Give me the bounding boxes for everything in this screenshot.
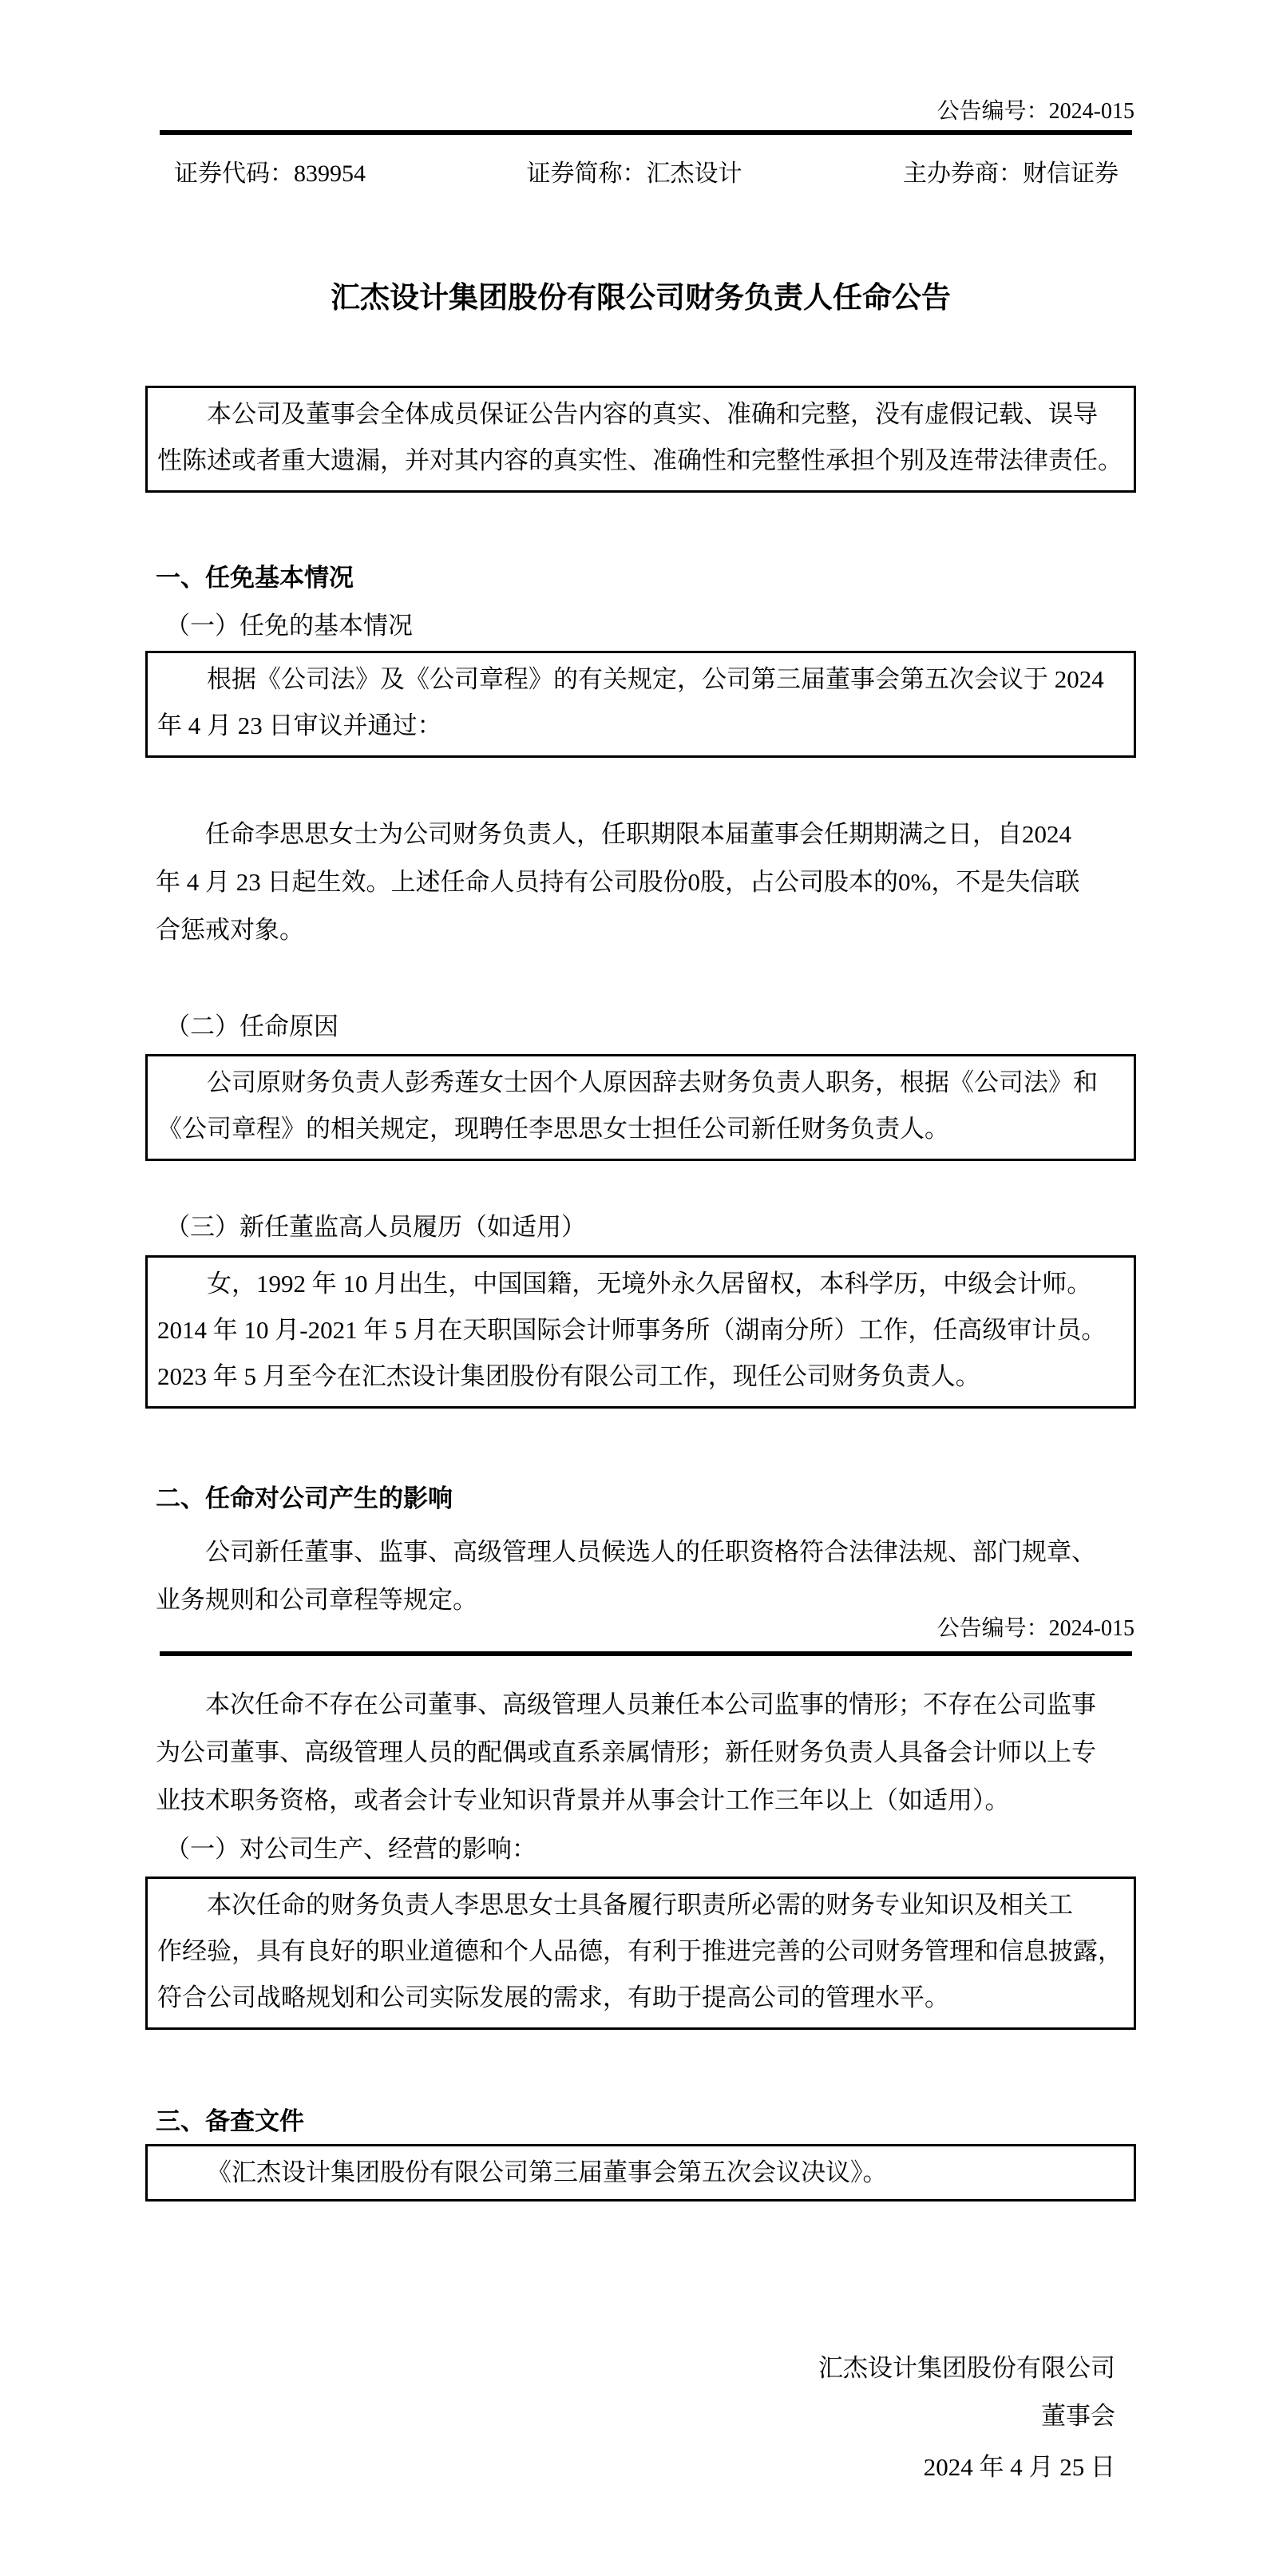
- impact-line-3: 符合公司战略规划和公司实际发展的需求，有助于提高公司的管理水平。: [157, 1975, 1124, 2021]
- section-1-heading: 一、任免基本情况: [156, 561, 1136, 596]
- section-2-heading: 二、任命对公司产生的影响: [156, 1481, 1136, 1516]
- top-divider-line: [160, 130, 1132, 135]
- announcement-number: 公告编号：2024-015: [145, 96, 1136, 128]
- compliance-paragraph: 本次任命不存在公司董事、高级管理人员兼任本公司监事的情形；不存在公司监事 为公司…: [156, 1681, 1136, 1825]
- compliance-line-1: 本次任命不存在公司董事、高级管理人员兼任本公司监事的情形；不存在公司监事: [156, 1681, 1136, 1729]
- commitment-line-2: 性陈述或者重大遗漏，并对其内容的真实性、准确性和完整性承担个别及连带法律责任。: [157, 438, 1124, 484]
- signature-company: 汇杰设计集团股份有限公司: [145, 2351, 1136, 2386]
- announcement-number-page2: 公告编号：2024-015: [145, 1615, 1136, 1643]
- appointment-paragraph: 任命李思思女士为公司财务负责人，任职期限本届董事会任期期满之日，自2024 年 …: [156, 810, 1136, 954]
- signature-date: 2024 年 4 月 25 日: [145, 2450, 1136, 2485]
- appointment-line-1: 任命李思思女士为公司财务负责人，任职期限本届董事会任期期满之日，自2024: [156, 810, 1136, 858]
- compliance-line-3: 业技术职务资格，或者会计专业知识背景并从事会计工作三年以上（如适用）。: [156, 1777, 1136, 1825]
- signature-board: 董事会: [145, 2399, 1136, 2434]
- basic-info-line-1: 根据《公司法》及《公司章程》的有关规定，公司第三届董事会第五次会议于 2024: [157, 656, 1124, 703]
- reason-line-2: 《公司章程》的相关规定，现聘任李思思女士担任公司新任财务负责人。: [157, 1106, 1124, 1152]
- compliance-line-2: 为公司董事、高级管理人员的配偶或直系亲属情形；新任财务负责人具备会计师以上专: [156, 1729, 1136, 1777]
- impact-line-2: 作经验，具有良好的职业道德和个人品德，有利于推进完善的公司财务管理和信息披露，: [157, 1928, 1124, 1975]
- lead-broker: 主办券商：财信证券: [903, 157, 1119, 192]
- resume-line-3: 2023 年 5 月至今在汇杰设计集团股份有限公司工作，现任公司财务负责人。: [157, 1353, 1124, 1400]
- securities-short-name: 证券简称：汇杰设计: [527, 157, 742, 192]
- basic-info-box: 根据《公司法》及《公司章程》的有关规定，公司第三届董事会第五次会议于 2024 …: [145, 651, 1136, 758]
- appointment-line-3: 合惩戒对象。: [156, 906, 1136, 954]
- qualification-paragraph: 公司新任董事、监事、高级管理人员候选人的任职资格符合法律法规、部门规章、 业务规…: [156, 1528, 1136, 1624]
- reference-documents-line-1: 《汇杰设计集团股份有限公司第三届董事会第五次会议决议》。: [157, 2150, 1124, 2196]
- resume-box: 女，1992 年 10 月出生，中国国籍，无境外永久居留权，本科学历，中级会计师…: [145, 1255, 1136, 1409]
- securities-info-row: 证券代码：839954 证券简称：汇杰设计 主办券商：财信证券: [145, 157, 1136, 192]
- subsection-2-1-heading: （一）对公司生产、经营的影响：: [156, 1832, 1136, 1867]
- impact-line-1: 本次任命的财务负责人李思思女士具备履行职责所必需的财务专业知识及相关工: [157, 1882, 1124, 1928]
- reason-line-1: 公司原财务负责人彭秀莲女士因个人原因辞去财务负责人职务，根据《公司法》和: [157, 1060, 1124, 1106]
- impact-box: 本次任命的财务负责人李思思女士具备履行职责所必需的财务专业知识及相关工 作经验，…: [145, 1877, 1136, 2030]
- announcement-document-page: 公告编号：2024-015 证券代码：839954 证券简称：汇杰设计 主办券商…: [0, 0, 1267, 2576]
- securities-code: 证券代码：839954: [174, 157, 366, 192]
- section-3-heading: 三、备查文件: [156, 2104, 1136, 2139]
- subsection-1-1-heading: （一）任免的基本情况: [156, 608, 1136, 644]
- reference-documents-box: 《汇杰设计集团股份有限公司第三届董事会第五次会议决议》。: [145, 2144, 1136, 2201]
- subsection-1-2-heading: （二）任命原因: [156, 1009, 1136, 1044]
- document-title: 汇杰设计集团股份有限公司财务负责人任命公告: [145, 276, 1136, 321]
- commitment-box: 本公司及董事会全体成员保证公告内容的真实、准确和完整，没有虚假记载、误导 性陈述…: [145, 386, 1136, 493]
- reason-box: 公司原财务负责人彭秀莲女士因个人原因辞去财务负责人职务，根据《公司法》和 《公司…: [145, 1054, 1136, 1161]
- subsection-1-3-heading: （三）新任董监高人员履历（如适用）: [156, 1210, 1136, 1245]
- resume-line-2: 2014 年 10 月-2021 年 5 月在天职国际会计师事务所（湖南分所）工…: [157, 1307, 1124, 1353]
- resume-line-1: 女，1992 年 10 月出生，中国国籍，无境外永久居留权，本科学历，中级会计师…: [157, 1261, 1124, 1307]
- page2-divider-line: [160, 1651, 1132, 1656]
- basic-info-line-2: 年 4 月 23 日审议并通过：: [157, 703, 1124, 749]
- appointment-line-2: 年 4 月 23 日起生效。上述任命人员持有公司股份0股，占公司股本的0%，不是…: [156, 858, 1136, 906]
- qualification-line-1: 公司新任董事、监事、高级管理人员候选人的任职资格符合法律法规、部门规章、: [156, 1528, 1136, 1576]
- commitment-line-1: 本公司及董事会全体成员保证公告内容的真实、准确和完整，没有虚假记载、误导: [157, 391, 1124, 438]
